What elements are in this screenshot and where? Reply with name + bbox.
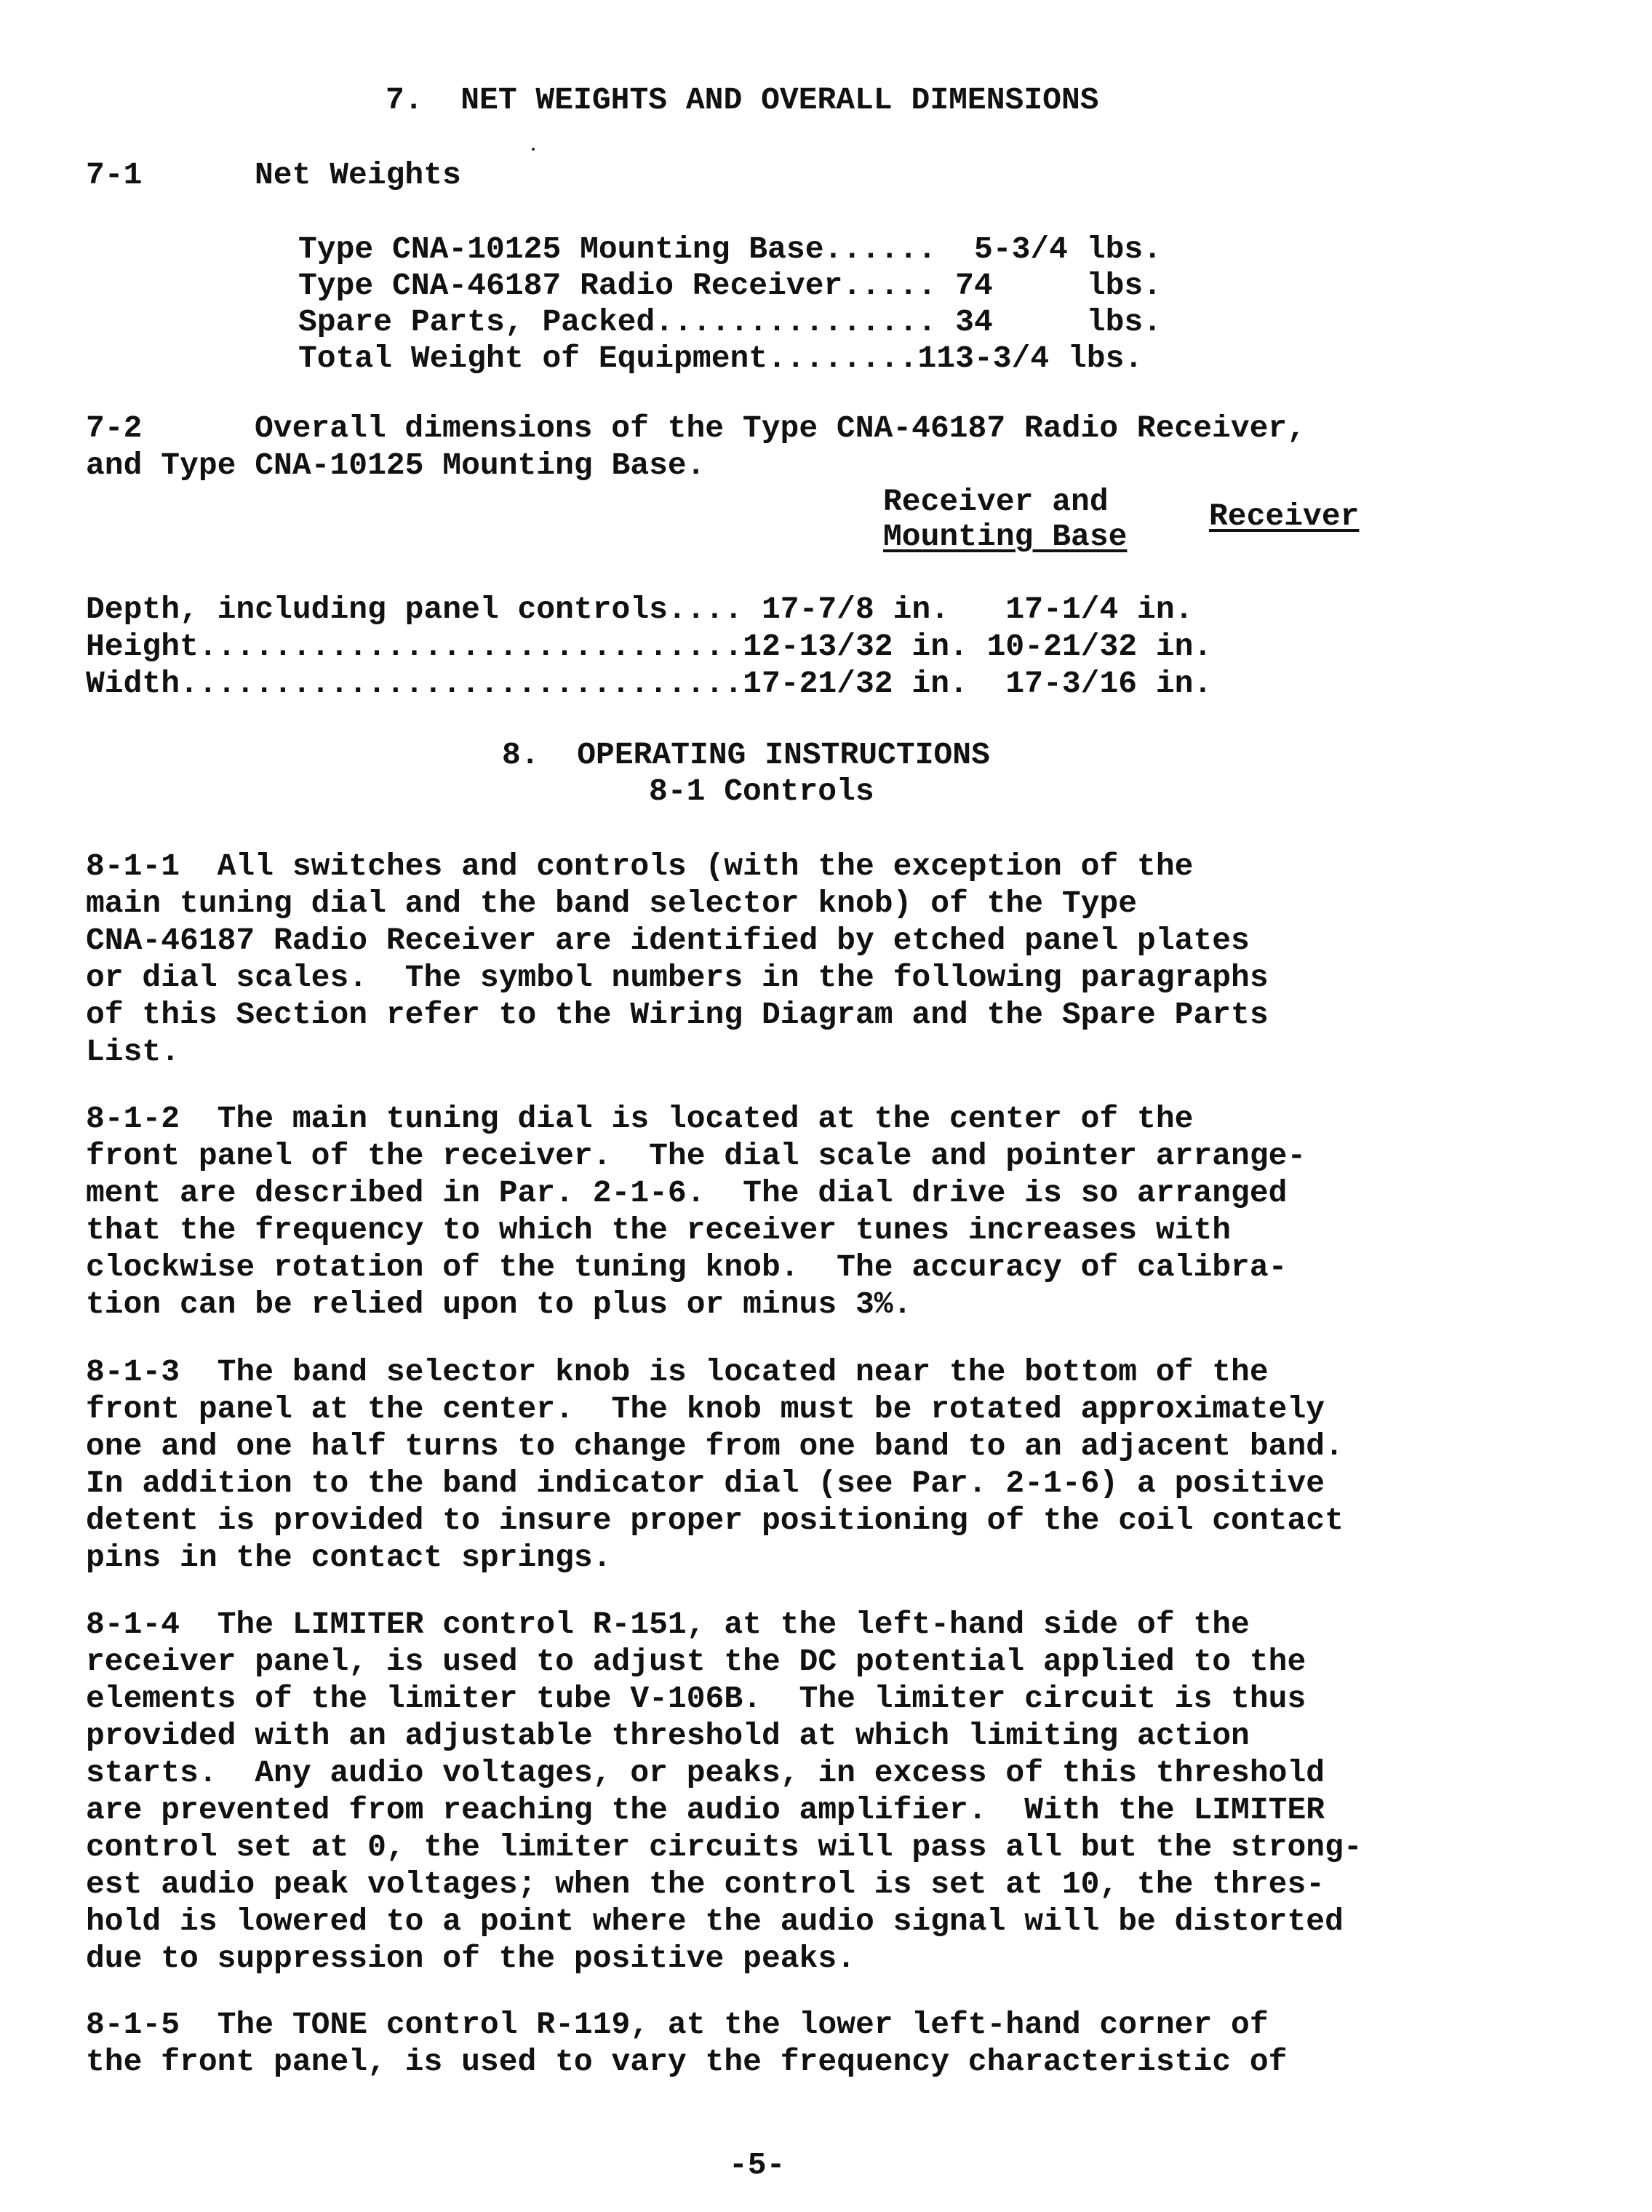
weight-unit: lbs.: [1087, 231, 1162, 267]
weight-unit: lbs.: [1068, 341, 1143, 376]
paragraph-8-1-5: 8-1-5 The TONE control R-119, at the low…: [86, 2006, 1287, 2080]
net-weights-table: Type CNA-10125 Mounting Base...... 5-3/4…: [298, 231, 1162, 377]
paragraph-line: List.: [86, 1033, 1269, 1070]
dimension-label: Height.............................: [86, 629, 743, 664]
weight-row: Type CNA-46187 Radio Receiver..... 74 lb…: [298, 268, 1162, 304]
paragraph-line: ment are described in Par. 2-1-6. The di…: [86, 1174, 1306, 1212]
dimension-with-base: 17-7/8 in.: [743, 592, 949, 627]
paragraph-line: clockwise rotation of the tuning knob. T…: [86, 1249, 1306, 1286]
paragraph-line: 8-1-3 The band selector knob is located …: [86, 1353, 1344, 1391]
weight-value: 113-3/4: [918, 341, 1050, 376]
subsection-7-1-title: Net Weights: [255, 156, 461, 194]
weight-item: Spare Parts, Packed...............: [298, 304, 936, 340]
paragraph-line: detent is provided to insure proper posi…: [86, 1502, 1344, 1539]
weight-unit: lbs.: [1087, 304, 1162, 340]
paragraph-8-1-4: 8-1-4 The LIMITER control R-151, at the …: [86, 1606, 1362, 1977]
paragraph-line: one and one half turns to change from on…: [86, 1428, 1344, 1465]
weight-item: Type CNA-46187 Radio Receiver.....: [298, 268, 936, 303]
paragraph-8-1-1: 8-1-1 All switches and controls (with th…: [86, 848, 1269, 1070]
section-8-heading: 8. OPERATING INSTRUCTIONS: [502, 736, 990, 773]
dimension-row: Height.............................12-13…: [86, 628, 1212, 665]
subsection-7-1-number: 7-1: [86, 156, 142, 194]
paragraph-line: due to suppression of the positive peaks…: [86, 1940, 1362, 1977]
paragraph-8-1-2: 8-1-2 The main tuning dial is located at…: [86, 1100, 1306, 1323]
paragraph-line: front panel at the center. The knob must…: [86, 1391, 1344, 1428]
paragraph-line: of this Section refer to the Wiring Diag…: [86, 996, 1269, 1033]
paragraph-line: pins in the contact springs.: [86, 1539, 1344, 1576]
dimension-with-base: 17-21/32 in.: [743, 666, 968, 701]
dimension-label: Width..............................: [86, 666, 743, 701]
weight-row: Spare Parts, Packed............... 34 lb…: [298, 304, 1162, 341]
weight-value: 34: [955, 304, 1068, 340]
column-header-receiver: Receiver: [1209, 498, 1359, 535]
dimension-with-base: 12-13/32 in.: [743, 629, 968, 664]
paragraph-line: elements of the limiter tube V-106B. The…: [86, 1680, 1362, 1717]
paragraph-line: or dial scales. The symbol numbers in th…: [86, 959, 1269, 996]
paragraph-line: CNA-46187 Radio Receiver are identified …: [86, 922, 1269, 959]
dimension-row: Depth, including panel controls.... 17-7…: [86, 591, 1212, 628]
subsection-7-2-intro-line1: Overall dimensions of the Type CNA-46187…: [255, 410, 1306, 447]
paragraph-line: front panel of the receiver. The dial sc…: [86, 1137, 1306, 1174]
dimension-receiver: 17-1/4 in.: [949, 592, 1193, 627]
subsection-7-2-intro-line2: and Type CNA-10125 Mounting Base.: [86, 447, 706, 484]
paragraph-line: are prevented from reaching the audio am…: [86, 1791, 1362, 1829]
weight-value: 5-3/4: [955, 231, 1068, 267]
dimension-row: Width..............................17-21…: [86, 665, 1212, 702]
paragraph-line: control set at 0, the limiter circuits w…: [86, 1829, 1362, 1866]
section-8-1-subheading: 8-1 Controls: [649, 773, 874, 810]
column-header-receiver-and-base-line2: Mounting Base: [883, 518, 1127, 555]
paragraph-line: est audio peak voltages; when the contro…: [86, 1866, 1362, 1903]
paragraph-line: tion can be relied upon to plus or minus…: [86, 1286, 1306, 1323]
document-page: 7. NET WEIGHTS AND OVERALL DIMENSIONS 7-…: [0, 0, 1652, 2212]
weight-item: Type CNA-10125 Mounting Base......: [298, 231, 936, 267]
weight-unit: lbs.: [1087, 268, 1162, 303]
paragraph-line: 8-1-2 The main tuning dial is located at…: [86, 1100, 1306, 1137]
paragraph-line: 8-1-1 All switches and controls (with th…: [86, 848, 1269, 885]
weight-value: 74: [955, 268, 1068, 303]
dimension-label: Depth, including panel controls....: [86, 592, 743, 627]
weight-row: Type CNA-10125 Mounting Base...... 5-3/4…: [298, 231, 1162, 268]
paragraph-line: In addition to the band indicator dial (…: [86, 1465, 1344, 1502]
paragraph-line: hold is lowered to a point where the aud…: [86, 1903, 1362, 1940]
weight-row-total: Total Weight of Equipment........113-3/4…: [298, 341, 1162, 377]
dimension-receiver: 10-21/32 in.: [968, 629, 1212, 664]
paragraph-line: starts. Any audio voltages, or peaks, in…: [86, 1754, 1362, 1791]
page-number: -5-: [729, 2147, 785, 2184]
paragraph-8-1-3: 8-1-3 The band selector knob is located …: [86, 1353, 1344, 1576]
dimension-receiver: 17-3/16 in.: [968, 666, 1212, 701]
paragraph-line: the front panel, is used to vary the fre…: [86, 2043, 1287, 2080]
weight-item: Total Weight of Equipment........: [298, 341, 918, 376]
paragraph-line: main tuning dial and the band selector k…: [86, 885, 1269, 922]
subsection-7-2-number: 7-2: [86, 410, 142, 447]
paragraph-line: provided with an adjustable threshold at…: [86, 1717, 1362, 1754]
scan-speck: [532, 148, 535, 151]
paragraph-line: 8-1-4 The LIMITER control R-151, at the …: [86, 1606, 1362, 1643]
section-7-heading: 7. NET WEIGHTS AND OVERALL DIMENSIONS: [386, 81, 1099, 119]
paragraph-line: that the frequency to which the receiver…: [86, 1212, 1306, 1249]
paragraph-line: receiver panel, is used to adjust the DC…: [86, 1643, 1362, 1680]
dimensions-table: Depth, including panel controls.... 17-7…: [86, 591, 1212, 702]
paragraph-line: 8-1-5 The TONE control R-119, at the low…: [86, 2006, 1287, 2043]
column-header-receiver-and-base-line1: Receiver and: [883, 483, 1109, 520]
